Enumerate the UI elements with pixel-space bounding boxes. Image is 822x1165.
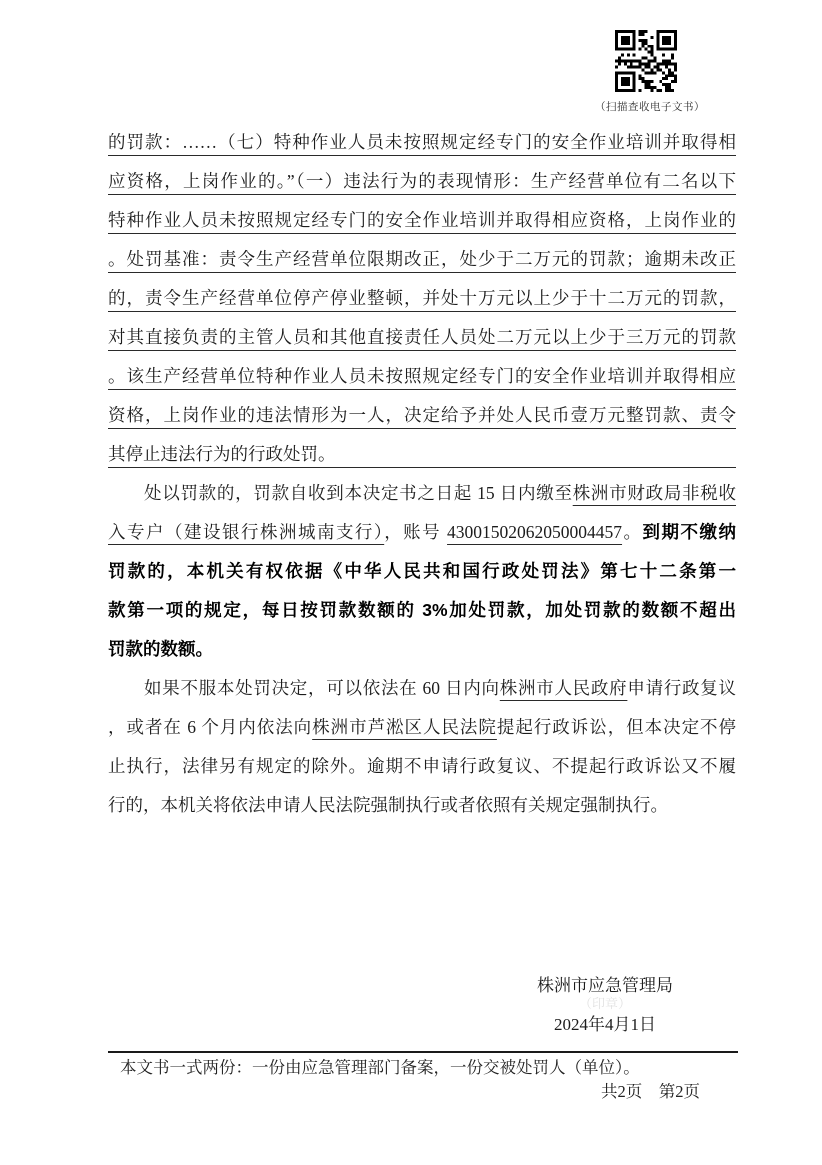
text-line: 款第一项的规定，每日按罚款数额的 3%加处罚款，加处罚款的数额不超出 — [108, 591, 736, 630]
text-line: 。该生产经营单位特种作业人员未按照规定经专门的安全作业培训并取得相应 — [108, 357, 736, 396]
text-run: 株洲市财政局非税收 — [573, 483, 736, 503]
text-line: 其停止违法行为的行政处罚。 — [108, 435, 736, 474]
text-line: ，或者在 6 个月内依法向株洲市芦淞区人民法院提起行政诉讼，但本决定不停 — [108, 708, 736, 747]
text-line: 特种作业人员未按照规定经专门的安全作业培训并取得相应资格，上岗作业的 — [108, 201, 736, 240]
document-page: （扫描查收电子文书） 的罚款：……（七）特种作业人员未按照规定经专门的安全作业培… — [0, 0, 822, 1165]
page-number: 共2页 第2页 — [0, 1078, 700, 1102]
text-run: 罚款的数额。 — [108, 639, 213, 659]
text-run: 株洲市人民政府 — [500, 678, 628, 698]
text-line: 如果不服本处罚决定，可以依法在 60 日内向株洲市人民政府申请行政复议 — [108, 669, 736, 708]
footer-divider — [108, 1051, 738, 1053]
text-line: 资格，上岗作业的违法情形为一人，决定给予并处人民币壹万元整罚款、责令 — [108, 396, 736, 435]
text-run: ，账号 — [384, 522, 447, 542]
issuing-agency: 株洲市应急管理局 — [450, 966, 760, 1005]
text-run: 止执行，法律另有规定的除外。逾期不申请行政复议、不提起行政诉讼又不履 — [108, 756, 736, 776]
qr-caption: （扫描查收电子文书） — [570, 99, 730, 114]
text-run: 处以罚款的，罚款自收到本决定书之日起 15 日内缴至 — [144, 483, 573, 503]
text-run: 的，责令生产经营单位停产停业整顿，并处十万元以上少于十二万元的罚款， — [108, 288, 736, 308]
text-run: 款第一项的规定，每日按罚款数额的 3%加处罚款，加处罚款的数额不超出 — [108, 600, 736, 620]
text-run: 资格，上岗作业的违法情形为一人，决定给予并处人民币壹万元整罚款、责令 — [108, 405, 736, 425]
text-line: 对其直接负责的主管人员和其他直接责任人员处二万元以上少于三万元的罚款 — [108, 318, 736, 357]
text-run: 如果不服本处罚决定，可以依法在 60 日内向 — [144, 678, 500, 698]
text-run: 的罚款：……（七）特种作业人员未按照规定经专门的安全作业培训并取得相 — [108, 132, 736, 152]
text-run: ，或者在 6 个月内依法向 — [108, 717, 312, 737]
text-line: 处以罚款的，罚款自收到本决定书之日起 15 日内缴至株洲市财政局非税收 — [108, 474, 736, 513]
decision-date: 2024年4月1日 — [450, 1005, 760, 1044]
text-line: 应资格，上岗作业的。”（一）违法行为的表现情形：生产经营单位有二名以下 — [108, 162, 736, 201]
text-line: 入专户（建设银行株洲城南支行），账号 43001502062050004457。… — [108, 513, 736, 552]
text-run: 43001502062050004457 — [447, 522, 622, 542]
text-run: 罚款的，本机关有权依据《中华人民共和国行政处罚法》第七十二条第一 — [108, 561, 736, 581]
text-run: 株洲市芦淞区人民法院 — [312, 717, 497, 737]
text-run: 入专户（建设银行株洲城南支行） — [108, 522, 384, 542]
text-run: 。处罚基准：责令生产经营单位限期改正，处少于二万元的罚款；逾期未改正 — [108, 249, 736, 269]
text-run: 行的，本机关将依法申请人民法院强制执行或者依照有关规定强制执行。 — [108, 795, 668, 815]
text-run: 应资格，上岗作业的。”（一）违法行为的表现情形：生产经营单位有二名以下 — [108, 171, 736, 191]
text-run: 到期不缴纳 — [643, 522, 736, 542]
text-line: 罚款的数额。 — [108, 630, 736, 669]
text-run: 。该生产经营单位特种作业人员未按照规定经专门的安全作业培训并取得相应 — [108, 366, 736, 386]
document-body: 的罚款：……（七）特种作业人员未按照规定经专门的安全作业培训并取得相应资格，上岗… — [108, 123, 736, 825]
text-line: 罚款的，本机关有权依据《中华人民共和国行政处罚法》第七十二条第一 — [108, 552, 736, 591]
signature-block: 株洲市应急管理局 （印章） 2024年4月1日 — [450, 966, 760, 1044]
text-line: 行的，本机关将依法申请人民法院强制执行或者依照有关规定强制执行。 — [108, 786, 736, 825]
text-run: 提起行政诉讼，但本决定不停 — [497, 717, 736, 737]
text-line: 。处罚基准：责令生产经营单位限期改正，处少于二万元的罚款；逾期未改正 — [108, 240, 736, 279]
text-run: 申请行政复议 — [627, 678, 736, 698]
qr-code-icon — [615, 30, 677, 92]
text-line: 的罚款：……（七）特种作业人员未按照规定经专门的安全作业培训并取得相 — [108, 123, 736, 162]
text-run: 特种作业人员未按照规定经专门的安全作业培训并取得相应资格，上岗作业的 — [108, 210, 736, 230]
footer-note: 本文书一式两份：一份由应急管理部门备案，一份交被处罚人（单位）。 — [120, 1056, 740, 1080]
text-run: 。 — [622, 522, 643, 542]
text-line: 的，责令生产经营单位停产停业整顿，并处十万元以上少于十二万元的罚款， — [108, 279, 736, 318]
text-run: 对其直接负责的主管人员和其他直接责任人员处二万元以上少于三万元的罚款 — [108, 327, 736, 347]
text-line: 止执行，法律另有规定的除外。逾期不申请行政复议、不提起行政诉讼又不履 — [108, 747, 736, 786]
text-run: 其停止违法行为的行政处罚。 — [108, 444, 336, 464]
